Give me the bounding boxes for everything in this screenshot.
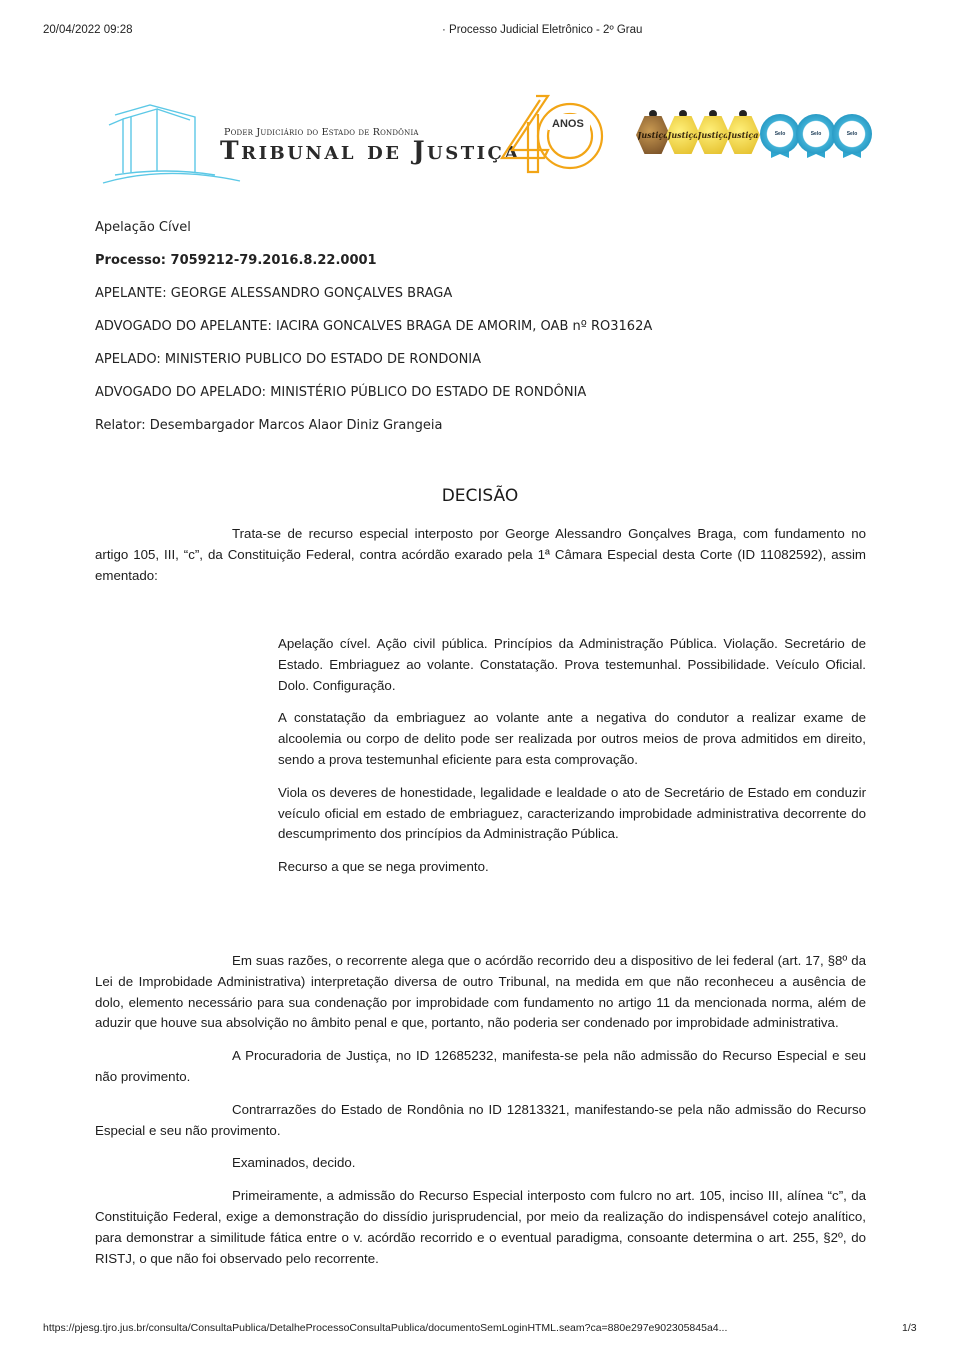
justica-em-numeros-seal-icon: Justiça <box>666 116 700 154</box>
decision-title: DECISÃO <box>0 486 960 506</box>
process-number: Processo: 7059212-79.2016.8.22.0001 <box>95 251 652 284</box>
rapporteur: Relator: Desembargador Marcos Alaor Dini… <box>95 416 652 449</box>
print-footer: https://pjesg.tjro.jus.br/consulta/Consu… <box>0 1310 960 1359</box>
body-paragraph: Primeiramente, a admissão do Recurso Esp… <box>95 1186 866 1269</box>
justica-em-numeros-seal-icon: Justiça <box>636 116 670 154</box>
appellant-lawyer: ADVOGADO DO APELANTE: IACIRA GONCALVES B… <box>95 317 652 350</box>
case-class: Apelação Cível <box>95 218 652 251</box>
award-seals: Justiça Justiça Justiça Justiça Selo Sel… <box>636 108 876 164</box>
print-page-title: · Processo Judicial Eletrônico - 2º Grau <box>442 24 642 36</box>
page-indicator: 1/3 <box>902 1322 917 1334</box>
court-logo-banner: Poder Judiciário do Estado de Rondônia T… <box>90 90 880 190</box>
premio-cnj-seal-icon: Selo <box>832 114 872 154</box>
justica-em-numeros-seal-icon: Justiça <box>726 116 760 154</box>
ementa-paragraph: Viola os deveres de honestidade, legalid… <box>278 783 866 845</box>
decision-intro: Trata-se de recurso especial interposto … <box>95 524 866 586</box>
appellant: APELANTE: GEORGE ALESSANDRO GONÇALVES BR… <box>95 284 652 317</box>
ementa-paragraph: Apelação cível. Ação civil pública. Prin… <box>278 634 866 696</box>
anniversary-label: ANOS <box>552 118 584 130</box>
case-info: Apelação Cível Processo: 7059212-79.2016… <box>95 218 652 449</box>
body-paragraph: Contrarrazões do Estado de Rondônia no I… <box>95 1100 866 1142</box>
body-paragraph: A Procuradoria de Justiça, no ID 1268523… <box>95 1046 866 1088</box>
premio-cnj-seal-icon: Selo <box>796 114 836 154</box>
print-header: 20/04/2022 09:28 · Processo Judicial Ele… <box>0 0 960 60</box>
appellee: APELADO: MINISTERIO PUBLICO DO ESTADO DE… <box>95 350 652 383</box>
court-name-wordmark: Poder Judiciário do Estado de Rondônia T… <box>220 128 521 164</box>
court-name: Tribunal de Justiça <box>220 138 521 164</box>
ementa-block: Apelação cível. Ação civil pública. Prin… <box>278 634 866 890</box>
body-paragraph: Examinados, decido. <box>95 1153 866 1174</box>
ementa-paragraph: A constatação da embriaguez ao volante a… <box>278 708 866 770</box>
print-datetime: 20/04/2022 09:28 <box>43 24 133 36</box>
decision-body: Em suas razões, o recorrente alega que o… <box>95 951 866 1269</box>
intro-paragraph: Trata-se de recurso especial interposto … <box>95 524 866 586</box>
justica-em-numeros-seal-icon: Justiça <box>696 116 730 154</box>
document-url: https://pjesg.tjro.jus.br/consulta/Consu… <box>43 1322 727 1334</box>
appellee-lawyer: ADVOGADO DO APELADO: MINISTÉRIO PÚBLICO … <box>95 383 652 416</box>
40-years-anniversary-icon: ANOS <box>488 92 608 176</box>
ementa-paragraph: Recurso a que se nega provimento. <box>278 857 866 878</box>
premio-cnj-seal-icon: Selo <box>760 114 800 154</box>
body-paragraph: Em suas razões, o recorrente alega que o… <box>95 951 866 1034</box>
